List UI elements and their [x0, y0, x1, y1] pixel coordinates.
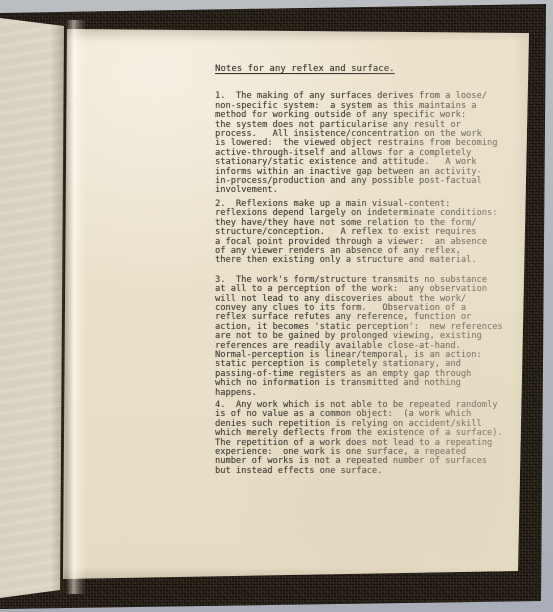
paragraph-list: 1. The making of any surfaces derives fr… — [215, 92, 507, 476]
typed-page: Notes for any reflex and surface. 1. The… — [62, 29, 529, 579]
page-title: Notes for any reflex and surface. — [215, 65, 507, 74]
typed-paragraph: 4. Any work which is not able to be repe… — [215, 401, 507, 476]
typed-paragraph: 2. Reflexions make up a main visual-cont… — [215, 200, 507, 266]
typed-paragraph: 1. The making of any surfaces derives fr… — [215, 92, 507, 195]
typed-paragraph: 3. The work's form/structure transmits n… — [215, 276, 507, 398]
typed-text-block: Notes for any reflex and surface. 1. The… — [215, 65, 507, 476]
photo-backdrop: Notes for any reflex and surface. 1. The… — [0, 0, 553, 612]
